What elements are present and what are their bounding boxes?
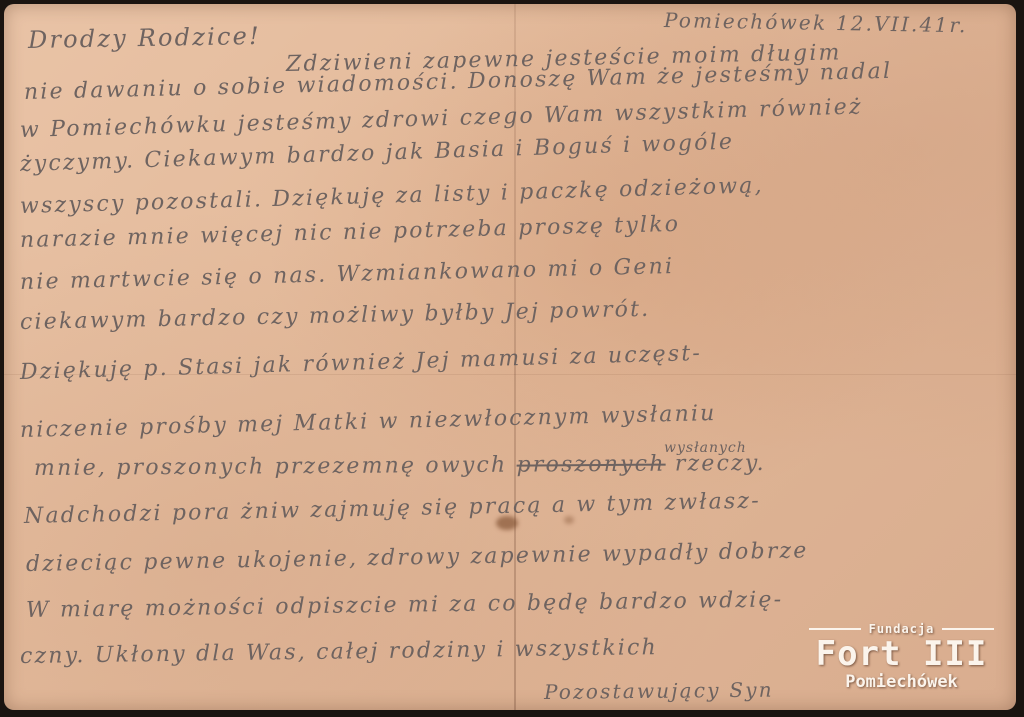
letter-line: dzieciąc pewne ukojenie, zdrowy zapewnie… [26,538,809,577]
salutation: Drodzy Rodzice! [28,22,261,54]
watermark-rule [942,628,994,630]
line-tail: rzeczy. [675,451,766,477]
letter-line: czny. Ukłony dla Was, całej rodziny i ws… [20,635,658,669]
watermark-main-text: Fort III [809,636,994,672]
letter-line: mnie, proszonych przezemnę owych proszon… [34,451,766,481]
watermark-sub-text: Pomiechówek [809,672,994,692]
signature: Pozostawujący Syn [544,678,774,704]
letter-line: ciekawym bardzo czy możliwy byłby Jej po… [20,297,651,335]
postcard: Drodzy Rodzice! Pomiechówek 12.VII.41r. … [4,4,1016,710]
letter-line: narazie mnie więcej nic nie potrzeba pro… [20,212,681,253]
place-date: Pomiechówek 12.VII.41r. [664,8,968,37]
foundation-watermark: Fundacja Fort III Pomiechówek [809,622,994,692]
line-text: mnie, proszonych przezemnę owych [34,453,508,481]
letter-line: nie martwcie się o nas. Wzmiankowano mi … [20,254,675,295]
struck-word: proszonych [516,452,665,478]
watermark-rule [809,628,861,630]
letter-line: Dziękuję p. Stasi jak również Jej mamusi… [20,341,703,385]
letter-line: Nadchodzi pora żniw zajmuję się pracą a … [24,489,761,529]
letter-line: W miarę możności odpiszcie mi za co będę… [26,587,784,623]
letter-line: niczenie prośby mej Matki w niezwłocznym… [20,401,717,443]
